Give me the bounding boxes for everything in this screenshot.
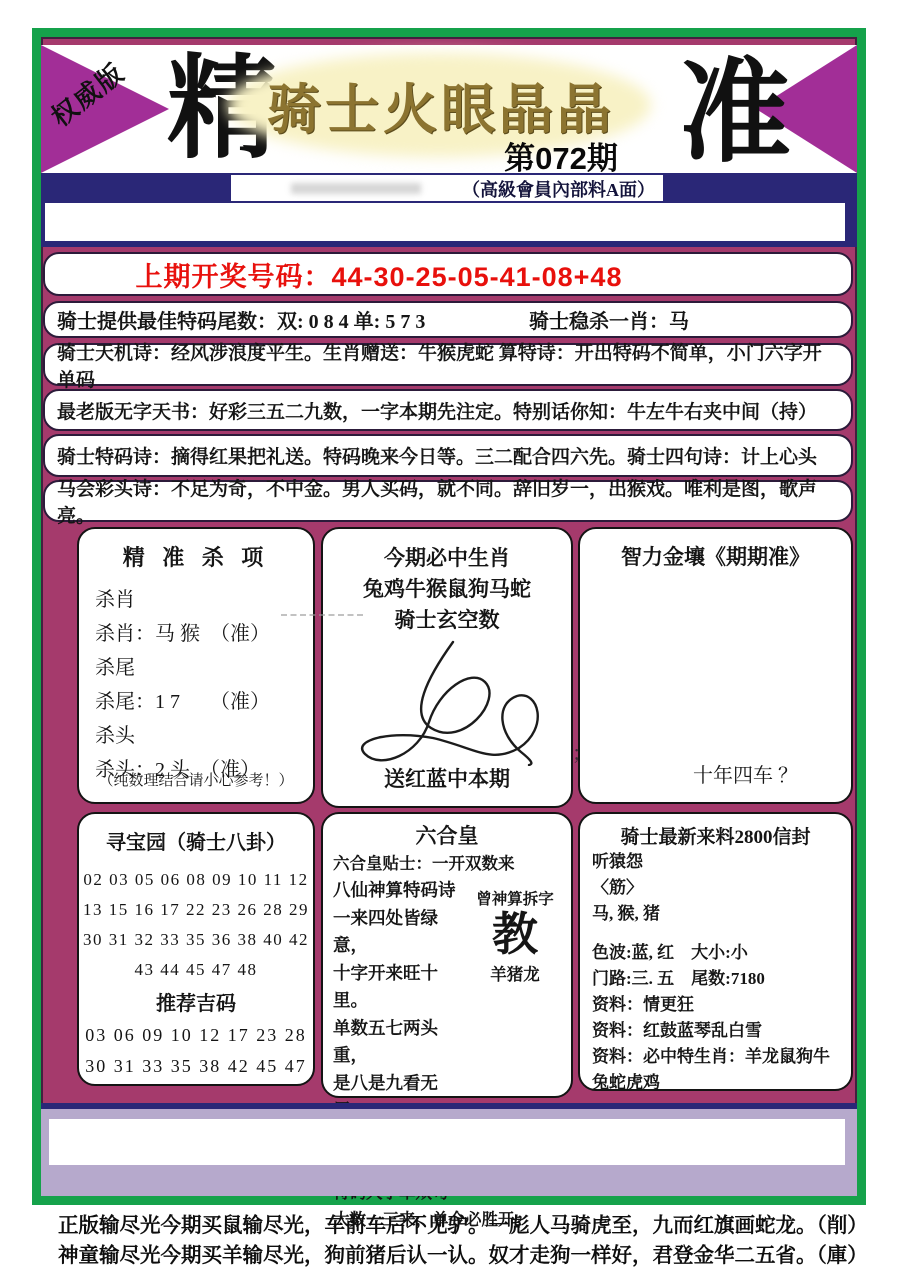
kill-line: 杀肖：马 猴 （准）	[95, 618, 297, 651]
lucky-codes-title: 推荐吉码	[79, 987, 313, 1016]
member-band: （高級會員內部料A面）	[41, 173, 857, 247]
kill-items-panel: 精 准 杀 项 杀肖 杀肖：马 猴 （准） 杀尾 杀尾：1 7 （准） 杀头 杀…	[77, 527, 315, 804]
scan-dash-artifact	[281, 614, 363, 616]
handwritten-signature	[341, 638, 553, 766]
tip-tail-left: 骑士提供最佳特码尾数：双: 0 8 4 单: 5 7 3	[57, 305, 425, 334]
last-draw-bar: 上期开奖号码：44-30-25-05-41-08+48	[43, 252, 853, 296]
emperor-poem-line: 八仙神算特码诗	[333, 877, 469, 905]
info-line: 资料：情更狂	[592, 992, 839, 1018]
info-line: 色波:蓝, 红 大小:小	[592, 940, 839, 966]
blank-strip	[45, 203, 845, 241]
scan-glyph-artifact: ；	[572, 737, 592, 766]
treasure-number-row: 30 31 32 33 35 36 38 40 42	[79, 925, 313, 955]
treasure-title: 寻宝园（骑士八卦）	[79, 826, 313, 855]
tip-tianji-text: 骑士天机诗：经风涉浪度平生。生肖赠送：牛猴虎蛇 算特诗：开出特码不简单，小门六字…	[57, 338, 839, 392]
kill-panel-footnote: （纯数理结合请小心参考！）	[79, 769, 313, 790]
sheet-frame: 权威版 精 骑士火眼晶晶 第072期 准 （高級會員內部料A面） 上期开奖号码：…	[32, 28, 866, 1205]
emperor-tip-line: 六合皇贴士：一开双数来	[333, 850, 561, 877]
info-line: 马, 猴, 猪	[592, 901, 839, 927]
gold-soil-panel: 智力金壤《期期准》 十年四车 ？	[578, 527, 853, 804]
info-line: 兔蛇虎鸡	[592, 1070, 839, 1096]
treasure-number-row: 43 44 45 47 48	[79, 955, 313, 985]
tip-special-text: 骑士特码诗：摘得红果把礼送。特码晚来今日等。三二配合四六先。骑士四句诗：计上心头	[57, 442, 817, 469]
lottery-tip-sheet: 权威版 精 骑士火眼晶晶 第072期 准 （高級會員內部料A面） 上期开奖号码：…	[0, 0, 900, 1267]
emperor-poem-line: 十字开来旺十里。	[333, 960, 469, 1015]
tip-row-tail-numbers: 骑士提供最佳特码尾数：双: 0 8 4 单: 5 7 3 骑士稳杀一肖：马	[43, 301, 853, 338]
member-note-box: （高級會員內部料A面）	[231, 175, 663, 201]
bottom-blank-strip	[49, 1119, 845, 1165]
split-word-label: 曾神算拆字	[469, 887, 561, 909]
info-line: 资料：红鼓蓝琴乱白雪	[592, 1018, 839, 1044]
zodiac-heading: 今期必中生肖	[323, 543, 571, 574]
info-line: 资料：必中特生肖：羊龙鼠狗牛	[592, 1044, 839, 1070]
treasure-number-row: 02 03 05 06 08 09 10 11 12	[79, 865, 313, 895]
emperor-poem-line: 一来四处皆绿意，	[333, 905, 469, 960]
treasure-number-row: 13 15 16 17 22 23 26 28 29	[79, 895, 313, 925]
sure-zodiac-panel: 今期必中生肖 兔鸡牛猴鼠狗马蛇 骑士玄空数 送红蓝中本期	[321, 527, 573, 808]
emperor-title: 六合皇	[333, 820, 561, 850]
losing-light-verses: 正版输尽光今期买鼠输尽光，车前车后不见驴。一彪人马骑虎至，九而红旗画蛇龙。（削）…	[58, 1212, 858, 1267]
tip-row-special-poem: 骑士特码诗：摘得红果把礼送。特码晚来今日等。三二配合四六先。骑士四句诗：计上心头	[43, 434, 853, 477]
info-line: 门路:三. 五 尾数:7180	[592, 966, 839, 992]
member-note: （高級會員內部料A面）	[462, 176, 655, 202]
kill-line: 杀头	[95, 720, 297, 753]
tip-kill-zodiac: 骑士稳杀一肖：马	[529, 305, 689, 334]
last-draw-text: 上期开奖号码：44-30-25-05-41-08+48	[136, 255, 623, 294]
tip-row-caitou-poem: 马会彩头诗：不足为奇，不中金。男人买码，就不同。辞旧岁一，出猴戏。唯利是图，歌声…	[43, 480, 853, 522]
split-word-zodiacs: 羊猪龙	[469, 961, 561, 985]
issue-number: 第072期	[456, 133, 666, 178]
info-title: 骑士最新来料2800信封	[592, 822, 839, 849]
liuhe-emperor-panel: 六合皇 六合皇贴士：一开双数来 八仙神算特码诗 一来四处皆绿意， 十字开来旺十里…	[321, 812, 573, 1098]
zodiac-list: 兔鸡牛猴鼠狗马蛇	[323, 574, 571, 605]
lucky-number-row: 30 31 33 35 38 42 45 47	[79, 1051, 313, 1082]
kill-line: 杀尾：1 7 （准）	[95, 686, 297, 719]
tip-wordless-text: 最老版无字天书：好彩三五二九数，一字本期先注定。特别话你知：牛左牛右夹中间（持）	[57, 397, 817, 424]
gold-panel-title: 智力金壤《期期准》	[580, 541, 851, 571]
info-line: 〈筋〉	[592, 875, 839, 901]
verse-line-2: 神童输尽光今期买羊输尽光，狗前猪后认一认。奴才走狗一样好，君登金华二五省。（庫）	[58, 1242, 858, 1267]
tip-row-wordless-book: 最老版无字天书：好彩三五二九数，一字本期先注定。特别话你知：牛左牛右夹中间（持）	[43, 389, 853, 431]
latest-info-panel: 骑士最新来料2800信封 听猿怨 〈筋〉 马, 猴, 猪 色波:蓝, 红 大小:…	[578, 812, 853, 1091]
kill-line: 杀尾	[95, 652, 297, 685]
verse-line-1: 正版输尽光今期买鼠输尽光，车前车后不见驴。一彪人马骑虎至，九而红旗画蛇龙。（削）	[58, 1212, 858, 1242]
tip-caitou-text: 马会彩头诗：不足为奇，不中金。男人买码，就不同。辞旧岁一，出猴戏。唯利是图，歌声…	[57, 474, 839, 528]
bottom-lavender-band	[41, 1109, 857, 1196]
emperor-poem-line: 单数五七两头重，	[333, 1015, 469, 1070]
info-line: 听猿怨	[592, 849, 839, 875]
lucky-number-row: 03 06 09 10 12 17 23 28	[79, 1020, 313, 1051]
masthead: 权威版 精 骑士火眼晶晶 第072期 准	[41, 45, 857, 173]
xuankong-label: 骑士玄空数	[323, 605, 571, 636]
faded-print-smudge	[291, 183, 421, 194]
kill-panel-title: 精 准 杀 项	[95, 541, 297, 572]
masthead-char-right: 准	[679, 55, 791, 173]
zodiac-panel-footer: 送红蓝中本期	[323, 763, 571, 793]
gold-panel-footer: 十年四车 ？	[610, 759, 881, 788]
kill-line: 杀肖	[95, 584, 297, 617]
treasure-garden-panel: 寻宝园（骑士八卦） 02 03 05 06 08 09 10 11 12 13 …	[77, 812, 315, 1086]
split-word-character: 教	[469, 909, 561, 961]
tip-row-tianji-poem: 骑士天机诗：经风涉浪度平生。生肖赠送：牛猴虎蛇 算特诗：开出特码不简单，小门六字…	[43, 343, 853, 386]
